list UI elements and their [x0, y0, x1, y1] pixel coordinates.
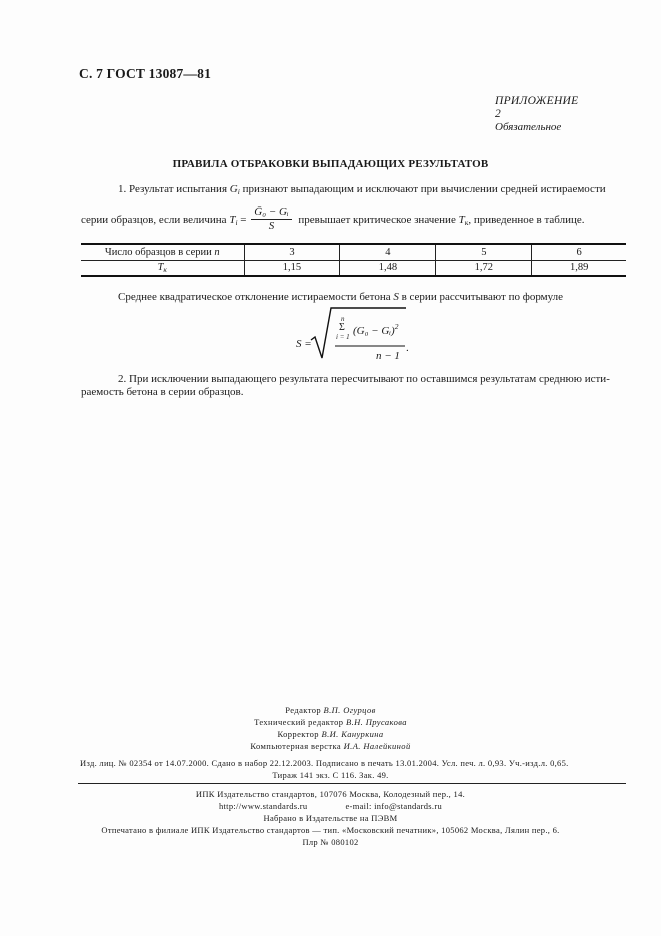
table-cell: 1,72: [436, 260, 532, 276]
section-title: ПРАВИЛА ОТБРАКОВКИ ВЫПАДАЮЩИХ РЕЗУЛЬТАТО…: [0, 158, 661, 170]
var-g: G: [230, 183, 238, 195]
editorial-credits: Редактор В.П. Огурцов Технический редакт…: [0, 704, 661, 752]
credit-layout: Компьютерная верстка И.А. Налейкиной: [0, 740, 661, 752]
text: Среднее квадратическое отклонение истира…: [118, 291, 393, 303]
text: признают выпадающим и исключают при вычи…: [240, 183, 606, 195]
role: Компьютерная верстка: [250, 741, 343, 751]
label: Число образцов в серии: [105, 247, 214, 258]
text: серии образцов, если величина: [81, 214, 229, 226]
row-header-tk: Tк: [81, 260, 244, 276]
name: В.П. Огурцов: [324, 705, 376, 715]
power: 2: [395, 322, 399, 331]
imprint-line-2: Тираж 141 экз. С 116. Зак. 49.: [0, 770, 661, 780]
paragraph-2-line-1: 2. При исключении выпадающего результата…: [118, 372, 628, 386]
var-n: n: [214, 247, 219, 258]
role: Корректор: [277, 729, 321, 739]
fraction-denominator: S: [251, 220, 291, 233]
imprint-line-1: Изд. лиц. № 02354 от 14.07.2000. Сдано в…: [80, 758, 569, 768]
appendix-label: ПРИЛОЖЕНИЕ 2 Обязательное: [495, 95, 585, 134]
name: В.Н. Прусакова: [346, 717, 407, 727]
table-cell: 3: [244, 244, 340, 260]
fraction-numerator: Ḡ₀ − Gᵢ: [251, 206, 291, 220]
credit-proofreader: Корректор В.И. Кануркина: [0, 728, 661, 740]
publisher-contacts: http://www.standards.rue-mail: info@stan…: [0, 800, 661, 812]
document-page: С. 7 ГОСТ 13087—81 ПРИЛОЖЕНИЕ 2 Обязател…: [0, 0, 661, 936]
table-row: Tк 1,15 1,48 1,72 1,89: [81, 260, 626, 276]
paragraph-2-line-2: раемость бетона в серии образцов.: [81, 385, 244, 399]
license-number: Плр № 080102: [0, 836, 661, 848]
name: И.А. Налейкиной: [344, 741, 411, 751]
text: 1. Результат испытания: [118, 183, 230, 195]
table-cell: 1,15: [244, 260, 340, 276]
row-header-sample-count: Число образцов в серии n: [81, 244, 244, 260]
sum-expression: (G₀ − Gᵢ)2: [353, 322, 398, 337]
role: Редактор: [285, 705, 323, 715]
running-head: С. 7 ГОСТ 13087—81: [79, 66, 211, 82]
sigma-lower: i = 1: [336, 333, 350, 341]
publisher-email[interactable]: e-mail: info@standards.ru: [345, 801, 442, 811]
ratio-fraction: Ḡ₀ − GᵢS: [251, 206, 291, 233]
paragraph-1-line-1: 1. Результат испытания Gi признают выпад…: [118, 182, 628, 199]
publisher-url[interactable]: http://www.standards.ru: [219, 801, 308, 811]
equals: =: [238, 214, 250, 226]
publisher-address: ИПК Издательство стандартов, 107076 Моск…: [0, 788, 661, 800]
table-row: Число образцов в серии n 3 4 5 6: [81, 244, 626, 260]
table-cell: 1,48: [340, 260, 436, 276]
formula-denominator: n − 1: [376, 350, 400, 362]
var-t-sub: к: [163, 265, 167, 274]
sigma-icon: Σ: [339, 322, 345, 333]
divider-rule: [78, 783, 626, 784]
table-cell: 5: [436, 244, 532, 260]
expr: (G₀ − Gᵢ): [353, 325, 395, 337]
publisher-info: ИПК Издательство стандартов, 107076 Моск…: [0, 788, 661, 848]
table-cell: 4: [340, 244, 436, 260]
text: в серии рассчитывают по формуле: [399, 291, 563, 303]
paragraph-std-dev: Среднее квадратическое отклонение истира…: [118, 290, 563, 304]
typeset-note: Набрано в Издательстве на ПЭВМ: [0, 812, 661, 824]
name: В.И. Кануркина: [321, 729, 383, 739]
appendix-title: ПРИЛОЖЕНИЕ 2: [495, 95, 585, 121]
critical-values-table: Число образцов в серии n 3 4 5 6 Tк 1,15…: [81, 243, 626, 277]
table-cell: 1,89: [532, 260, 626, 276]
text: превышает критическое значение: [296, 214, 459, 226]
credit-tech-editor: Технический редактор В.Н. Прусакова: [0, 716, 661, 728]
role: Технический редактор: [254, 717, 346, 727]
credit-editor: Редактор В.П. Огурцов: [0, 704, 661, 716]
printed-note: Отпечатано в филиале ИПК Издательство ст…: [0, 824, 661, 836]
formula-end: .: [406, 342, 409, 354]
paragraph-1-line-2: серии образцов, если величина Ti = Ḡ₀ − …: [81, 207, 585, 234]
table-cell: 6: [532, 244, 626, 260]
std-dev-formula: S = n Σ i = 1 (G₀ − Gᵢ)2 n − 1 .: [296, 306, 406, 360]
appendix-status: Обязательное: [495, 121, 585, 134]
text: , приведенное в таблице.: [468, 214, 584, 226]
